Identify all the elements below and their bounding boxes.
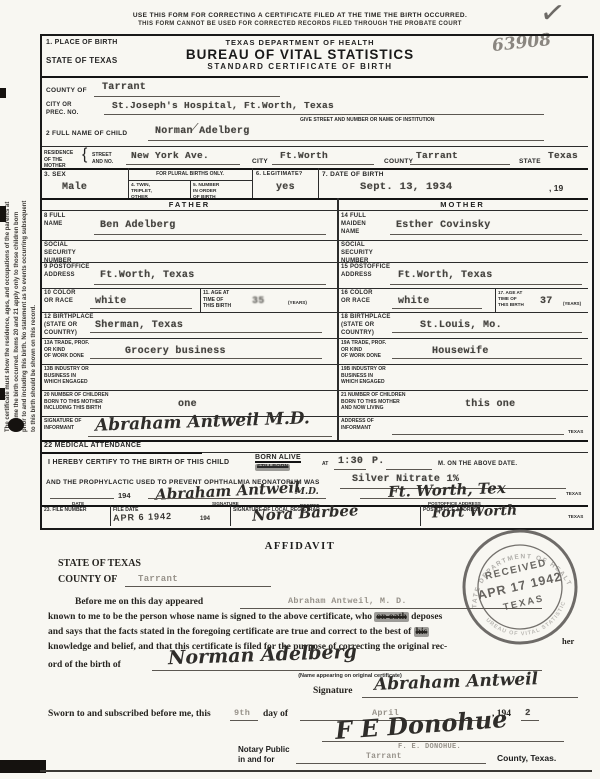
received-stamp: STATE DEPARTMENT OF HEALTH BUREAU OF VIT… <box>435 507 600 666</box>
affiant-signature: Abraham Antweil <box>374 669 539 695</box>
city-value: St.Joseph's Hospital, Ft.Worth, Texas <box>112 100 334 111</box>
father-po-value: Ft.Worth, Texas <box>100 270 195 281</box>
fill-line <box>94 96 280 97</box>
residence-city-value: Ft.Worth <box>280 150 328 161</box>
fill-line <box>362 697 578 698</box>
ink-blot <box>8 418 24 432</box>
county-of-label: COUNTY OF <box>46 87 87 94</box>
texas-suffix: TEXAS <box>566 491 581 497</box>
divider <box>420 505 421 526</box>
mother-name-label: 14 FULL MAIDEN NAME <box>341 213 366 236</box>
divider <box>42 452 202 454</box>
residence-city-label: CITY <box>252 158 268 165</box>
sex-label: 3. SEX <box>44 171 66 178</box>
fill-line <box>148 140 544 141</box>
fill-line <box>392 358 582 359</box>
mother-race-label: 16 COLOR OR RACE <box>341 290 373 306</box>
fill-line <box>125 586 271 587</box>
page-bottom-rule <box>40 770 592 772</box>
mother-birthplace-label: 18 BIRTHPLACE (STATE OR COUNTRY) <box>341 314 391 337</box>
father-birthplace-label: 12 BIRTHPLACE (STATE OR COUNTRY) <box>44 314 94 337</box>
fill-line <box>322 741 564 742</box>
fill-line <box>392 308 482 309</box>
mother-birthplace-value: St.Louis, Mo. <box>420 320 502 331</box>
informant-signature-label: SIGNATURE OF INFORMANT <box>44 418 81 431</box>
texas-suffix: TEXAS <box>568 429 583 435</box>
printed-year-prefix: 194 <box>118 491 131 500</box>
fill-line <box>334 469 366 470</box>
dob-year-prefix: , 19 <box>549 183 563 193</box>
street-label: STREET AND NO. <box>92 152 113 165</box>
sworn-day-value: 9th <box>234 708 250 718</box>
fill-line <box>88 436 332 437</box>
fill-line <box>296 763 486 764</box>
mother-name-value: Esther Covinsky <box>396 220 491 231</box>
father-trade-value: Grocery business <box>125 346 226 357</box>
divider <box>318 168 319 198</box>
legitimate-value: yes <box>276 182 295 193</box>
mother-age-value: 37 <box>540 296 553 307</box>
notary-signature: F E Donohue <box>334 704 508 745</box>
notary-county-value: Tarrant <box>366 752 402 761</box>
legitimate-label: 6. LEGITIMATE? <box>256 171 303 177</box>
medical-attendance-label: 22 MEDICAL ATTENDANCE <box>44 442 141 449</box>
body3-text: and says that the facts stated in the fo… <box>48 627 411 637</box>
certify-prefix: I HEREBY CERTIFY TO THE BIRTH OF THIS CH… <box>48 459 229 466</box>
affidavit-body-line3: and says that the facts stated in the fo… <box>48 627 429 637</box>
certify-suffix: M. ON THE ABOVE DATE. <box>438 461 517 467</box>
notary-typed-name: F. E. DONOHUE. <box>398 743 461 751</box>
father-column-header: FATHER <box>42 200 337 209</box>
divider <box>42 210 588 211</box>
fill-line <box>94 284 326 285</box>
sex-value: Male <box>62 182 87 193</box>
sworn-mid: day of <box>263 709 288 719</box>
city-label: CITY OR PREC. NO. <box>46 102 78 118</box>
father-race-value: white <box>95 296 127 307</box>
born-alive-label: BORN ALIVE <box>255 454 301 463</box>
fill-line <box>104 114 544 115</box>
mother-po-label: 15 POSTOFFICE ADDRESS <box>341 264 390 280</box>
checkmark-annotation: ✓ <box>537 0 567 33</box>
divider <box>42 146 588 147</box>
father-age-label: 11. AGE AT TIME OF THIS BIRTH <box>203 290 231 310</box>
divider <box>230 505 231 526</box>
fill-line <box>390 284 582 285</box>
affidavit-body-line2: known to me to be the person whose name … <box>48 612 442 622</box>
divider <box>42 288 588 289</box>
brace-glyph: { <box>82 146 87 164</box>
birth-ampm-value: P. <box>372 456 385 467</box>
mother-trade-label: 19A TRADE, PROF. OR KIND OF WORK DONE <box>341 340 386 360</box>
column-divider <box>337 198 339 440</box>
body2-post: deposes <box>411 612 442 622</box>
father-trade-label: 13A TRADE, PROF. OR KIND OF WORK DONE <box>44 340 89 360</box>
scan-artifact <box>0 388 5 400</box>
divider <box>202 452 588 453</box>
mother-po-value: Ft.Worth, Texas <box>398 270 493 281</box>
birth-time-value: 1:30 <box>338 456 363 467</box>
fill-line <box>94 234 326 235</box>
affidavit-county-label: COUNTY OF <box>58 574 117 585</box>
divider <box>190 181 191 198</box>
divider <box>128 180 252 181</box>
residence-state-label: STATE <box>519 158 541 165</box>
mother-age-years-label: (YEARS) <box>563 301 581 307</box>
margin-instruction-note: The certificate must show the residence,… <box>4 64 39 432</box>
father-age-value: 35 <box>252 296 265 307</box>
insertion-caret: ⁄ <box>194 121 196 134</box>
affidavit-body-line5: ord of the birth of <box>48 660 121 670</box>
fill-line <box>90 332 322 333</box>
father-po-label: 9 POSTOFFICE ADDRESS <box>44 264 90 280</box>
sworn-prefix: Sworn to and subscribed before me, this <box>48 709 211 719</box>
residence-county-label: COUNTY <box>384 158 413 165</box>
fill-line <box>272 164 374 165</box>
bureau-title: BUREAU OF VITAL STATISTICS <box>0 47 600 62</box>
father-age-years-label: (YEARS) <box>288 300 307 306</box>
affidavit-county-value: Tarrant <box>138 574 178 584</box>
registrar-year-prefix: 194 <box>200 516 210 522</box>
mother-age-label: 17. AGE AT TIME OF THIS BIRTH <box>498 290 524 308</box>
scan-artifact <box>0 88 6 98</box>
affidavit-state: STATE OF TEXAS <box>58 558 141 569</box>
divider <box>42 312 588 313</box>
street-value: New York Ave. <box>131 150 209 161</box>
child-name-label: 2 FULL NAME OF CHILD <box>46 130 127 137</box>
father-race-label: 10 COLOR OR RACE <box>44 290 76 306</box>
fill-line <box>390 234 582 235</box>
divider <box>495 288 496 312</box>
body2-pre: known to me to be the person whose name … <box>48 612 372 622</box>
mother-trade-value: Housewife <box>432 346 489 357</box>
fill-line <box>50 498 114 499</box>
children-born-value: one <box>178 399 197 410</box>
divider <box>42 240 588 241</box>
residence-label: RESIDENCE OF THE MOTHER <box>44 150 73 170</box>
file-number-label: 23. FILE NUMBER <box>44 507 87 514</box>
divider <box>42 262 588 263</box>
stillborn-struck-label: STILLBORN <box>255 464 290 471</box>
sworn-year-digit: 2 <box>525 708 531 718</box>
fill-line <box>521 720 539 721</box>
certificate-subtitle: STANDARD CERTIFICATE OF BIRTH <box>0 62 600 71</box>
divider <box>200 288 201 312</box>
informant-address-label: ADDRESS OF INFORMANT <box>341 418 374 431</box>
stamp-state-text: TEXAS <box>502 593 545 613</box>
department-title: TEXAS DEPARTMENT OF HEALTH <box>0 38 600 47</box>
father-birthplace-value: Sherman, Texas <box>95 320 183 331</box>
fill-line <box>392 332 582 333</box>
children-living-value: this one <box>465 399 515 410</box>
top-notice-line1: USE THIS FORM FOR CORRECTING A CERTIFICA… <box>0 12 600 19</box>
fill-line <box>392 434 564 435</box>
divider <box>42 76 588 78</box>
mother-race-value: white <box>398 296 430 307</box>
county-value: Tarrant <box>102 82 146 93</box>
plural-births-header: FOR PLURAL BIRTHS ONLY. <box>128 171 252 178</box>
appeared-label: Before me on this day appeared <box>75 597 203 607</box>
dob-label: 7. DATE OF BIRTH <box>322 171 384 178</box>
registrar-po-value: Fort Worth <box>432 503 518 522</box>
county-texas-suffix: County, Texas. <box>497 753 556 763</box>
file-date-stamp: APR 6 1942 <box>113 511 172 523</box>
divider <box>42 168 588 170</box>
divider <box>42 390 588 391</box>
signature-label: Signature <box>313 686 352 696</box>
mother-column-header: MOTHER <box>337 200 588 209</box>
scanned-birth-certificate-page: USE THIS FORM FOR CORRECTING A CERTIFICA… <box>0 0 600 779</box>
his-struck: his <box>414 627 430 637</box>
father-name-value: Ben Adelberg <box>100 220 176 231</box>
fill-line <box>360 498 556 499</box>
appeared-value: Abraham Antweil, M. D. <box>288 596 407 606</box>
father-children-label: 20 NUMBER OF CHILDREN BORN TO THIS MOTHE… <box>44 392 108 412</box>
at-label: AT <box>322 461 328 468</box>
top-notice-line2: THIS FORM CANNOT BE USED FOR CORRECTED R… <box>0 21 600 27</box>
city-hint: GIVE STREET AND NUMBER OR NAME OF INSTIT… <box>300 117 435 124</box>
father-name-label: 8 FULL NAME <box>44 213 66 229</box>
father-industry-label: 13B INDUSTRY OR BUSINESS IN WHICH ENGAGE… <box>44 366 89 386</box>
residence-county-value: Tarrant <box>416 150 458 161</box>
dob-value: Sept. 13, 1934 <box>360 181 452 193</box>
physician-degree: M.D. <box>295 487 319 497</box>
fill-line <box>386 469 432 470</box>
mother-industry-label: 19B INDUSTRY OR BUSINESS IN WHICH ENGAGE… <box>341 366 386 386</box>
fill-line <box>90 358 322 359</box>
fill-line <box>230 720 258 721</box>
fill-line <box>410 164 510 165</box>
fill-line <box>90 308 192 309</box>
fill-line <box>148 498 326 499</box>
scan-artifact <box>0 206 6 222</box>
body2-struck: on oath <box>374 612 408 622</box>
divider <box>42 338 588 339</box>
residence-state-value: Texas <box>548 150 578 161</box>
fill-line <box>126 164 240 165</box>
divider <box>42 364 588 365</box>
mother-children-label: 21 NUMBER OF CHILDREN BORN TO THIS MOTHE… <box>341 392 405 412</box>
notary-public-label: Notary Public in and for <box>238 745 290 766</box>
child-name-value: Norman Adelberg <box>155 126 250 137</box>
divider <box>110 505 111 526</box>
divider <box>252 168 253 198</box>
